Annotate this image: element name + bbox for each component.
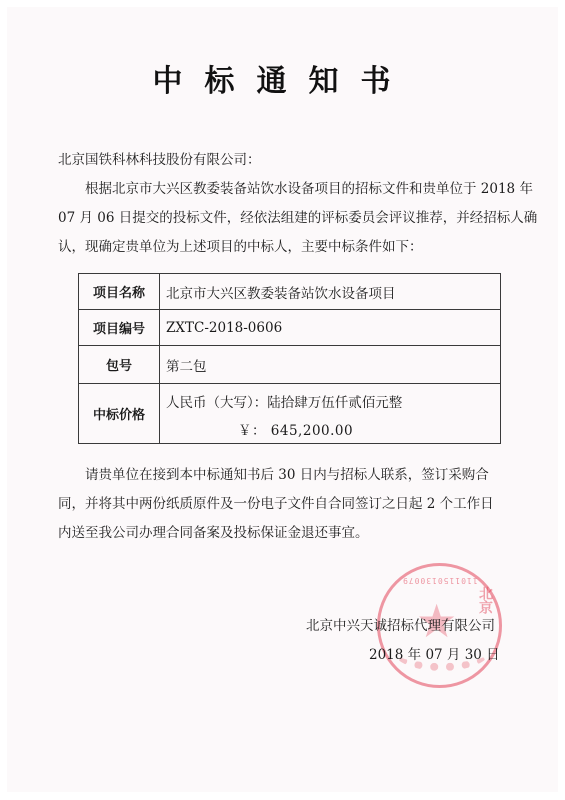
salutation: 北京国铁科林科技股份有限公司： [58, 148, 261, 168]
paragraph-1-line-3: 认，现确定贵单位为上述项目的中标人，主要中标条件如下： [58, 235, 423, 255]
signer-company: 北京中兴天诚招标代理有限公司 [306, 614, 495, 634]
paragraph-2-line-2: 同，并将其中两份纸质原件及一份电子文件自合同签订之日起 2 个工作日 [58, 492, 494, 512]
row-label-project-name: 项目名称 [79, 274, 160, 310]
paragraph-1-line-2: 07 月 06 日提交的投标文件，经依法组建的评标委员会评议推荐，并经招标人确 [58, 206, 537, 226]
table-row: 项目编号 ZXTC-2018-0606 [79, 310, 501, 346]
row-label-project-number: 项目编号 [79, 310, 160, 346]
row-label-package-number: 包号 [79, 346, 160, 384]
row-label-bid-price: 中标价格 [79, 384, 160, 444]
row-value-package-number: 第二包 [160, 346, 501, 384]
table-row: 包号 第二包 [79, 346, 501, 384]
paragraph-2-line-1: 请贵单位在接到本中标通知书后 30 日内与招标人联系，签订采购合 [85, 463, 489, 483]
bid-price-numeric: ￥： 645,200.00 [166, 419, 500, 439]
bid-conditions-table: 项目名称 北京市大兴区教委装备站饮水设备项目 项目编号 ZXTC-2018-06… [78, 273, 501, 444]
document-title: 中标通知书 [0, 56, 565, 100]
paragraph-1-line-1: 根据北京市大兴区教委装备站饮水设备项目的招标文件和贵单位于 2018 年 [85, 177, 533, 197]
row-value-project-name: 北京市大兴区教委装备站饮水设备项目 [160, 274, 501, 310]
row-value-bid-price: 人民币（大写）：陆拾肆万伍仟贰佰元整 ￥： 645,200.00 [160, 384, 501, 444]
table-row: 中标价格 人民币（大写）：陆拾肆万伍仟贰佰元整 ￥： 645,200.00 [79, 384, 501, 444]
bid-price-uppercase: 人民币（大写）：陆拾肆万伍仟贰佰元整 [166, 391, 500, 411]
signature-date: 2018 年 07 月 30 日 [369, 643, 500, 663]
row-value-project-number: ZXTC-2018-0606 [160, 310, 501, 346]
table-row: 项目名称 北京市大兴区教委装备站饮水设备项目 [79, 274, 501, 310]
paragraph-2-line-3: 内送至我公司办理合同备案及投标保证金退还事宜。 [58, 521, 369, 541]
